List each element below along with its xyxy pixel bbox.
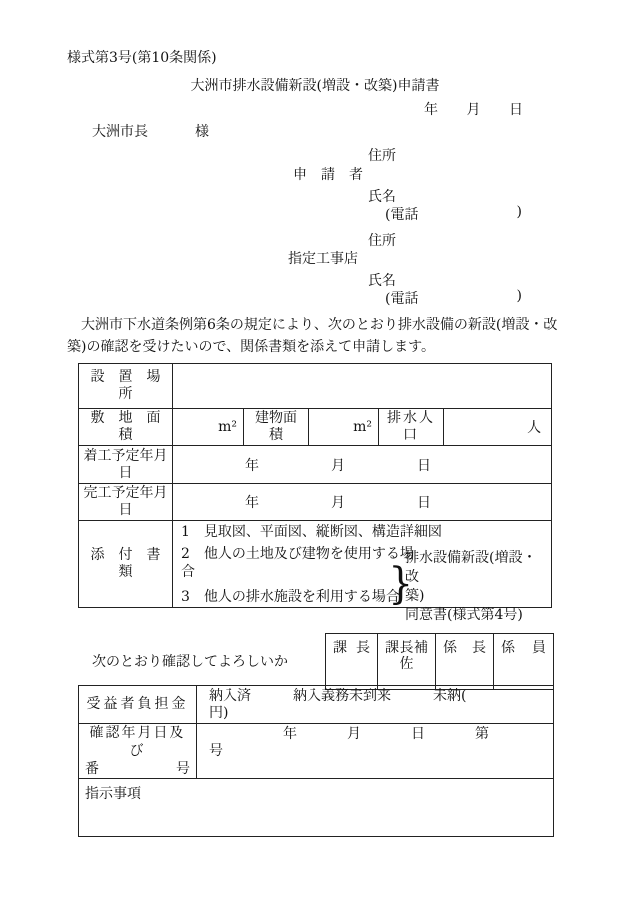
start-date-label: 着工予定年月 日	[79, 446, 173, 484]
confirmation-table: 受益者負担金 納入済 納入義務未到来 未納( 円) 確認年月日及び 番 号 年 …	[78, 685, 554, 837]
applicant-phone-close: )	[517, 204, 522, 224]
stamp-cell-deputy-section-chief: 課長補 佐	[378, 634, 436, 690]
confirmation-number-prefix: 第	[475, 726, 489, 743]
levy-value-line2: 円)	[197, 705, 553, 722]
stamp-table: 課長 課長補 佐 係長 係員	[325, 633, 554, 690]
stamp-cell-section-chief: 課長	[326, 634, 378, 690]
body-line-2: 築)の確認を受けたいので、関係書類を添えて申請します。	[67, 336, 569, 358]
date-line: 年 月 日	[424, 99, 523, 119]
contractor-role-label: 指定工事店	[288, 248, 358, 268]
attachments-content: 1 見取図、平面図、縦断図、構造詳細図 2 他人の土地及び建物を使用する場 合 …	[173, 521, 552, 608]
attachments-note-line1: 排水設備新設(増設・改	[405, 549, 545, 587]
contractor-phone-close: )	[517, 288, 522, 308]
row-confirmation-number: 確認年月日及び 番 号 年 月 日 第 号	[79, 724, 554, 779]
applicant-phone-open: (電話	[385, 204, 418, 224]
body-paragraph: 大洲市下水道条例第6条の規定により、次のとおり排水設備の新設(増設・改 築)の確…	[67, 314, 569, 358]
applicant-role-label: 申 請 者	[293, 164, 363, 184]
attachment-item-3: 3 他人の排水施設を利用する場合	[181, 589, 400, 605]
attachment-item-2-line1: 2 他人の土地及び建物を使用する場	[181, 546, 414, 562]
confirmation-year-label: 年	[283, 726, 297, 743]
attachment-item-2-line2: 合	[181, 564, 195, 580]
site-area-label: 敷 地 面 積	[79, 409, 173, 446]
addressee-name: 大洲市長	[92, 121, 148, 141]
applicant-address-label: 住所	[368, 145, 396, 165]
stamp-row: 課長 課長補 佐 係長 係員	[326, 634, 554, 690]
stamp-cell-staff: 係員	[494, 634, 554, 690]
finish-date-value: 年 月 日	[173, 484, 552, 521]
confirmation-number-label-go: 号	[176, 760, 190, 778]
date-day-label: 日	[509, 99, 523, 119]
confirmation-number-label: 確認年月日及び 番 号	[79, 724, 197, 779]
application-form-page: 様式第3号(第10条関係) 大洲市排水設備新設(増設・改築)申請書 年 月 日 …	[0, 0, 630, 903]
row-areas: 敷 地 面 積 m² 建物面 積 m² 排水人 口 人	[79, 409, 552, 446]
finish-date-label: 完工予定年月 日	[79, 484, 173, 521]
start-day-label: 日	[417, 455, 431, 475]
row-start-date: 着工予定年月 日 年 月 日	[79, 446, 552, 484]
page-title: 大洲市排水設備新設(増設・改築)申請書	[0, 75, 630, 95]
contractor-address-label: 住所	[368, 230, 396, 250]
contractor-phone-open: (電話	[385, 288, 418, 308]
body-line-1: 大洲市下水道条例第6条の規定により、次のとおり排水設備の新設(増設・改	[67, 314, 569, 336]
date-year-label: 年	[424, 99, 438, 119]
confirmation-month-label: 月	[347, 726, 361, 743]
main-table: 設 置 場 所 敷 地 面 積 m² 建物面 積 m² 排水人 口 人	[78, 363, 552, 608]
stamp-cell-subsection-chief: 係長	[436, 634, 494, 690]
confirmation-number-suffix: 号	[197, 743, 553, 760]
confirmation-day-label: 日	[411, 726, 425, 743]
applicant-phone-line: (電話 )	[385, 204, 522, 224]
installation-place-value	[173, 364, 552, 409]
finish-month-label: 月	[331, 492, 345, 512]
population-label: 排水人 口	[379, 409, 444, 446]
instructions-cell: 指示事項	[79, 779, 554, 837]
attachment-item-1: 1 見取図、平面図、縦断図、構造詳細図	[181, 524, 442, 540]
finish-day-label: 日	[417, 492, 431, 512]
site-area-value: m²	[173, 409, 244, 446]
start-year-label: 年	[245, 455, 259, 475]
building-area-label: 建物面 積	[244, 409, 309, 446]
confirmation-number-label-ban: 番	[85, 760, 99, 778]
levy-label: 受益者負担金	[79, 686, 197, 724]
applicant-name-label: 氏名	[368, 186, 396, 206]
building-area-value: m²	[309, 409, 379, 446]
start-date-value: 年 月 日	[173, 446, 552, 484]
start-month-label: 月	[331, 455, 345, 475]
contractor-phone-line: (電話 )	[385, 288, 522, 308]
row-attachments: 添 付 書 類 1 見取図、平面図、縦断図、構造詳細図 2 他人の土地及び建物を…	[79, 521, 552, 608]
row-levy: 受益者負担金 納入済 納入義務未到来 未納( 円)	[79, 686, 554, 724]
attachments-note-line2: 築)	[405, 587, 545, 606]
installation-place-label: 設 置 場 所	[79, 364, 173, 409]
population-value: 人	[444, 409, 552, 446]
instructions-label: 指示事項	[85, 786, 141, 802]
confirmation-number-value: 年 月 日 第 号	[197, 724, 554, 779]
contractor-name-label: 氏名	[368, 270, 396, 290]
levy-value: 納入済 納入義務未到来 未納( 円)	[197, 686, 554, 724]
addressee-line: 大洲市長 様	[92, 121, 209, 141]
addressee-honorific: 様	[195, 121, 209, 141]
form-number: 様式第3号(第10条関係)	[67, 47, 217, 67]
attachments-note: 排水設備新設(増設・改 築) 同意書(様式第4号)	[405, 549, 545, 625]
row-installation-place: 設 置 場 所	[79, 364, 552, 409]
levy-value-line1: 納入済 納入義務未到来 未納(	[197, 686, 553, 705]
finish-year-label: 年	[245, 492, 259, 512]
row-finish-date: 完工予定年月 日 年 月 日	[79, 484, 552, 521]
row-instructions: 指示事項	[79, 779, 554, 837]
attachments-note-line3: 同意書(様式第4号)	[405, 606, 545, 625]
approval-question: 次のとおり確認してよろしいか	[92, 651, 288, 671]
attachments-label: 添 付 書 類	[79, 521, 173, 608]
date-month-label: 月	[467, 99, 481, 119]
